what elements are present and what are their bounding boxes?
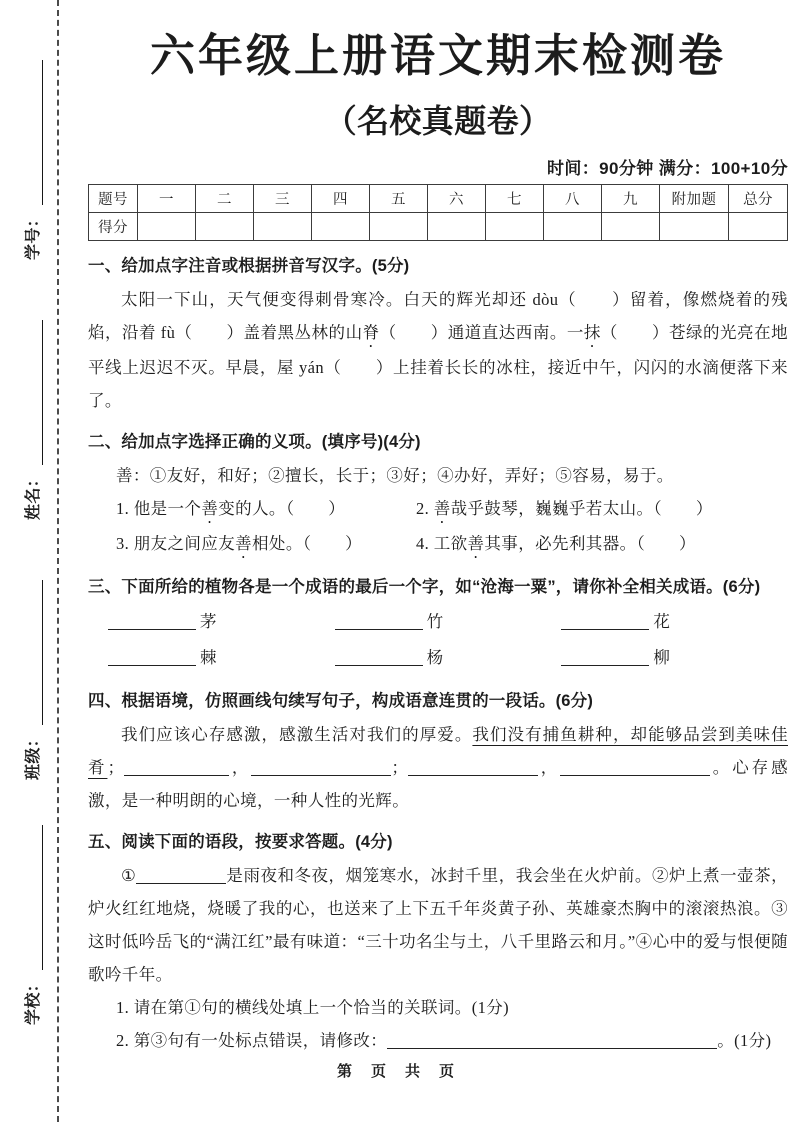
text-segment: 2.: [416, 499, 434, 518]
idiom-end-char: 柳: [653, 648, 670, 667]
section-5: 五、阅读下面的语段，按要求答题。(4分) ①是雨夜和冬夜，烟笼寒水，冰封千里，我…: [88, 826, 788, 1057]
idiom-blank-line: [108, 649, 196, 667]
idiom-blank-line: [335, 613, 423, 631]
emphasized-char: 抹: [584, 323, 601, 342]
main-content: 六年级上册语文期末检测卷 （名校真题卷） 时间：90分钟 满分：100+10分 …: [88, 0, 788, 1057]
student-id-blank-line: [23, 60, 43, 205]
blank-line: [124, 759, 229, 777]
section-5-paragraph: ①是雨夜和冬夜，烟笼寒水，冰封千里，我会坐在火炉前。②炉上煮一壶茶，炉火红红地烧…: [88, 859, 788, 991]
section-5-question-1: 1. 请在第①句的横线处填上一个恰当的关联词。(1分): [88, 991, 788, 1024]
student-id-field: 学号：: [17, 60, 43, 260]
score-cell-empty: [196, 213, 254, 241]
score-cell-empty: [370, 213, 428, 241]
text-segment: （ ）通道直达西南。一: [380, 323, 584, 342]
section-2-items: 1. 他是一个善变的人。（ ） 2. 善哉乎鼓琴，巍巍乎若太山。（ ） 3. 朋…: [88, 492, 788, 562]
score-table-header-cell: 一: [138, 185, 196, 213]
text-segment: ，: [229, 758, 251, 777]
score-row-label: 得分: [89, 213, 138, 241]
text-segment: 4. 工欲: [416, 534, 468, 553]
section-3: 三、下面所给的植物各是一个成语的最后一个字，如“沧海一粟”，请你补全相关成语。(…: [88, 571, 788, 676]
text-segment: 哉乎鼓琴，巍巍乎若太山。（ ）: [451, 499, 713, 518]
student-id-label: 学号：: [20, 211, 43, 260]
score-cell-empty: [602, 213, 660, 241]
score-table-header-row: 题号一二三四五六七八九附加题总分: [89, 185, 788, 213]
score-table-header-cell: 附加题: [660, 185, 729, 213]
class-field: 班级：: [17, 580, 43, 780]
text-segment: ；: [391, 758, 408, 777]
exam-time-score-info: 时间：90分钟 满分：100+10分: [88, 154, 788, 179]
blank-line: [251, 759, 391, 777]
section-5-question-2: 2. 第③句有一处标点错误，请修改：。(1分): [88, 1024, 788, 1057]
idiom-blank-line: [108, 613, 196, 631]
idiom-end-char: 棘: [200, 648, 217, 667]
section-2-item-1: 1. 他是一个善变的人。（ ）: [116, 492, 416, 527]
section-4-heading: 四、根据语境，仿照画线句续写句子，构成语意连贯的一段话。(6分): [88, 685, 788, 718]
score-cell-empty: [254, 213, 312, 241]
score-cell-empty: [486, 213, 544, 241]
emphasized-char: 脊: [363, 323, 380, 342]
text-segment: 3. 朋友之间应友: [116, 534, 235, 553]
score-cell-empty: [544, 213, 602, 241]
text-segment: ①: [121, 866, 136, 885]
score-table-header-cell: 九: [602, 185, 660, 213]
idiom-blank-line: [335, 649, 423, 667]
score-table-header-cell: 二: [196, 185, 254, 213]
idiom-cell: 柳: [561, 640, 788, 676]
student-name-field: 姓名：: [17, 320, 43, 520]
score-table-score-row: 得分: [89, 213, 788, 241]
text-segment: 变的人。（ ）: [218, 499, 345, 518]
idiom-end-char: 杨: [427, 648, 444, 667]
score-table-header-cell: 三: [254, 185, 312, 213]
blank-line: [136, 867, 226, 885]
text-segment: 其事，必先利其器。（ ）: [484, 534, 695, 553]
score-cell-empty: [428, 213, 486, 241]
score-table-header-cell: 六: [428, 185, 486, 213]
idiom-cell: 竹: [335, 604, 562, 640]
student-name-blank-line: [23, 320, 43, 465]
section-2-item-3: 3. 朋友之间应友善相处。（ ）: [116, 527, 416, 562]
student-name-label: 姓名：: [20, 471, 43, 520]
section-2-definitions: 善：①友好，和好；②擅长，长于；③好；④办好，弄好；⑤容易，易于。: [88, 459, 788, 492]
idiom-end-char: 茅: [200, 612, 217, 631]
page-title: 六年级上册语文期末检测卷: [88, 28, 788, 84]
idiom-end-char: 竹: [427, 612, 444, 631]
section-1: 一、给加点字注音或根据拼音写汉字。(5分) 太阳一下山，天气便变得刺骨寒冷。白天…: [88, 250, 788, 417]
section-2-heading: 二、给加点字选择正确的义项。(填序号)(4分): [88, 426, 788, 459]
class-label: 班级：: [20, 731, 43, 780]
section-1-heading: 一、给加点字注音或根据拼音写汉字。(5分): [88, 250, 788, 283]
school-blank-line: [23, 825, 43, 970]
idiom-cell: 棘: [108, 640, 335, 676]
section-2-item-4: 4. 工欲善其事，必先利其器。（ ）: [416, 527, 788, 562]
text-segment: 我们应该心存感激，感激生活对我们的厚爱。: [121, 725, 472, 744]
question-2-blank-line: [387, 1032, 717, 1050]
text-segment: 1. 他是一个: [116, 499, 201, 518]
score-table-header-cell: 八: [544, 185, 602, 213]
section-3-heading: 三、下面所给的植物各是一个成语的最后一个字，如“沧海一粟”，请你补全相关成语。(…: [88, 571, 788, 604]
class-blank-line: [23, 580, 43, 725]
page-subtitle: （名校真题卷）: [88, 96, 788, 142]
section-2-item-2: 2. 善哉乎鼓琴，巍巍乎若太山。（ ）: [416, 492, 788, 527]
page-footer: 第 页 共 页: [0, 1060, 793, 1081]
question-2-text: 2. 第③句有一处标点错误，请修改：: [116, 1031, 387, 1050]
section-4: 四、根据语境，仿照画线句续写句子，构成语意连贯的一段话。(6分) 我们应该心存感…: [88, 685, 788, 817]
idiom-end-char: 花: [653, 612, 670, 631]
section-4-paragraph: 我们应该心存感激，感激生活对我们的厚爱。我们没有捕鱼耕种，却能够品尝到美味佳肴；…: [88, 718, 788, 817]
section-3-row-2: 棘 杨 柳: [88, 640, 788, 676]
idiom-cell: 杨: [335, 640, 562, 676]
idiom-cell: 茅: [108, 604, 335, 640]
score-table-header-cell: 题号: [89, 185, 138, 213]
binding-dashed-line: [57, 0, 59, 1122]
score-cell-empty: [729, 213, 788, 241]
score-table-header-cell: 七: [486, 185, 544, 213]
score-table-header-cell: 五: [370, 185, 428, 213]
text-segment: ，: [538, 758, 560, 777]
section-1-paragraph: 太阳一下山，天气便变得刺骨寒冷。白天的辉光却还 dòu（ ）留着，像燃烧着的残焰…: [88, 283, 788, 417]
blank-line: [560, 759, 710, 777]
section-3-row-1: 茅 竹 花: [88, 604, 788, 640]
school-label: 学校：: [20, 976, 43, 1025]
section-2: 二、给加点字选择正确的义项。(填序号)(4分) 善：①友好，和好；②擅长，长于；…: [88, 426, 788, 562]
score-cell-empty: [660, 213, 729, 241]
question-2-suffix: 。(1分): [717, 1031, 771, 1050]
section-5-heading: 五、阅读下面的语段，按要求答题。(4分): [88, 826, 788, 859]
school-field: 学校：: [17, 825, 43, 1025]
blank-line: [408, 759, 538, 777]
idiom-cell: 花: [561, 604, 788, 640]
emphasized-char: 善: [434, 499, 451, 518]
score-cell-empty: [312, 213, 370, 241]
text-segment: ；: [107, 758, 124, 777]
exam-paper-page: 学号： 姓名： 班级： 学校： 六年级上册语文期末检测卷 （名校真题卷） 时间：…: [0, 0, 793, 1122]
idiom-blank-line: [561, 649, 649, 667]
score-table-header-cell: 四: [312, 185, 370, 213]
idiom-blank-line: [561, 613, 649, 631]
text-segment: 相处。（ ）: [252, 534, 362, 553]
score-table-header-cell: 总分: [729, 185, 788, 213]
score-table: 题号一二三四五六七八九附加题总分 得分: [88, 184, 788, 241]
emphasized-char: 善: [201, 499, 218, 518]
emphasized-char: 善: [468, 534, 485, 553]
score-cell-empty: [138, 213, 196, 241]
emphasized-char: 善: [235, 534, 252, 553]
